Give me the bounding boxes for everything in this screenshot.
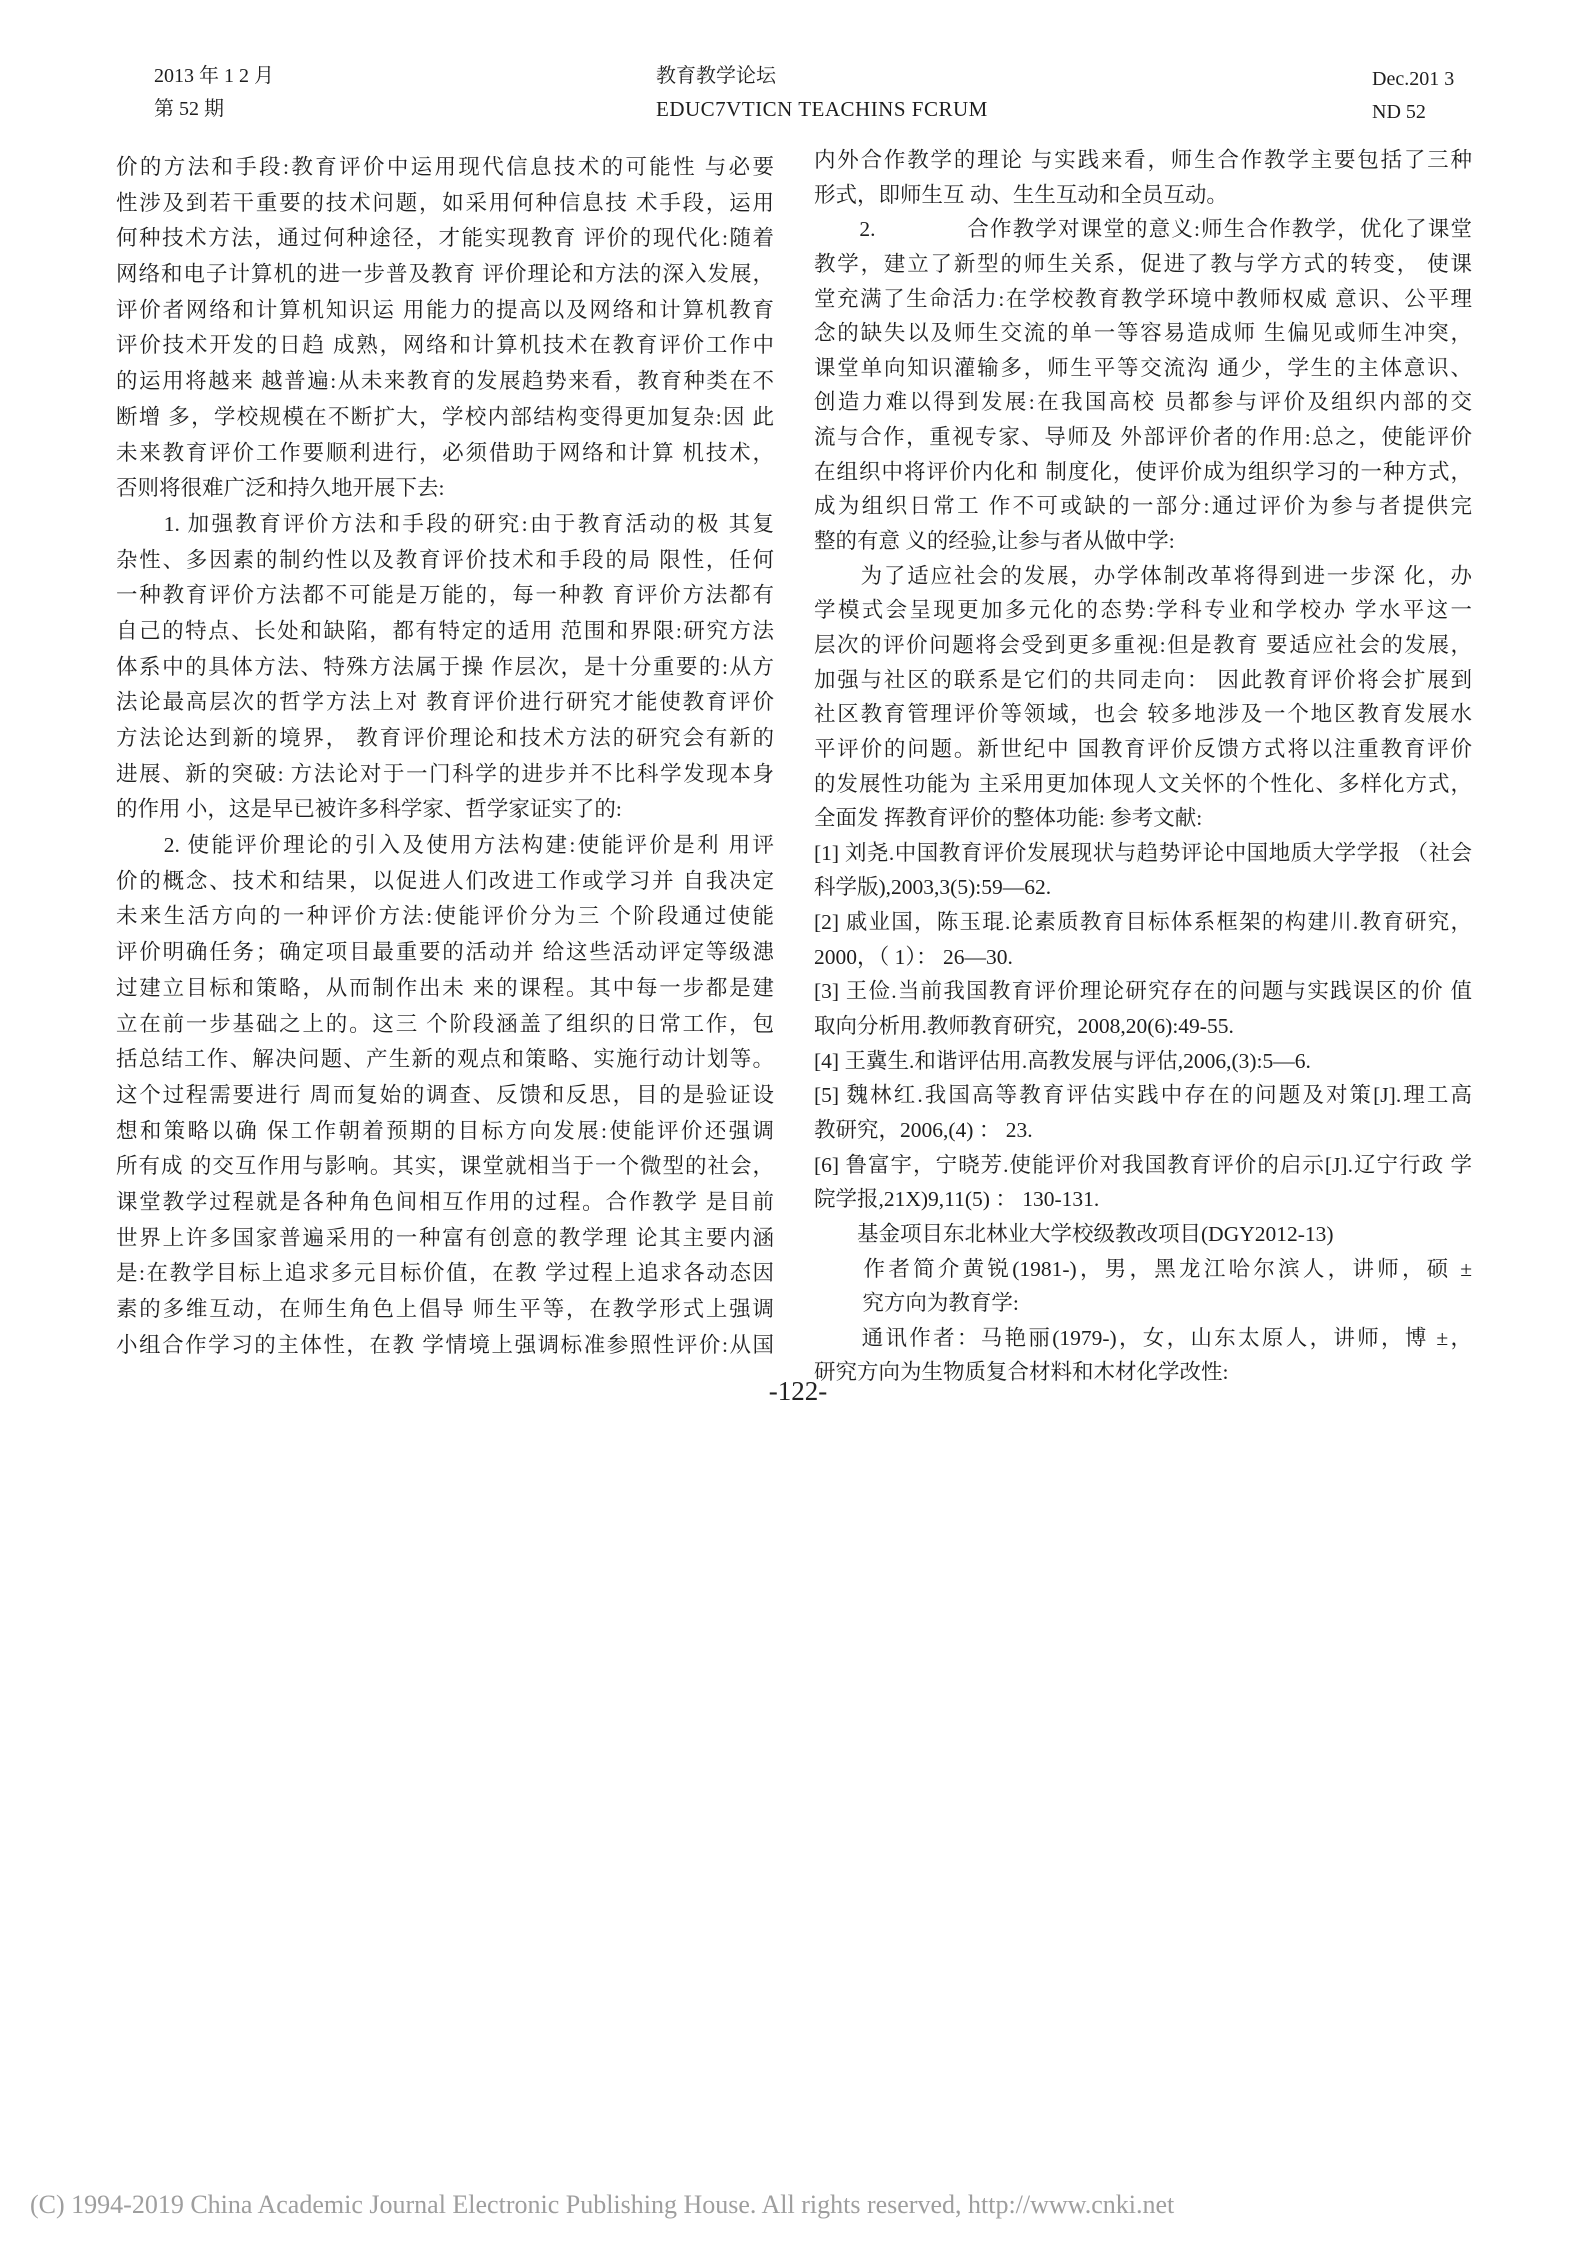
header-date-en: Dec.201 3 xyxy=(1372,63,1454,96)
text-line: 世界上许多国家普遍采用的一种富有创意的教学理 论其主要内涵 xyxy=(116,1221,774,1257)
text-line: 何种技术方法，通过何种途径，才能实现教育 评价的现代化:随着 xyxy=(116,221,774,257)
text-line: 价的方法和手段:教育评价中运用现代信息技术的可能性 与必要 xyxy=(116,150,774,186)
text-line: 院学报,21X)9,11(5) ： 130-131. xyxy=(814,1182,1472,1217)
journal-title-block: 教育教学论坛 EDUC7VTICN TEACHINS FCRUM xyxy=(656,60,988,126)
text-line: 性涉及到若干重要的技术问题，如采用何种信息技 术手段，运用 xyxy=(116,186,774,222)
text-line: 网络和电子计算机的进一步普及教育 评价理论和方法的深入发展， xyxy=(116,257,774,293)
text-line: 所有成 的交互作用与影响。其实，课堂就相当于一个微型的社会， xyxy=(116,1149,774,1185)
text-line: 2. 合作教学对课堂的意义:师生合作教学，优化了课堂 xyxy=(814,212,1472,247)
text-line: 的发展性功能为 主采用更加体现人文关怀的个性化、多样化方式， xyxy=(814,767,1472,802)
text-line: 括总结工作、解决问题、产生新的观点和策略、实施行动计划等。 xyxy=(116,1042,774,1078)
text-line: 流与合作，重视专家、导师及 外部评价者的作用:总之，使能评价 xyxy=(814,420,1472,455)
text-line: 价的概念、技术和结果，以促进人们改进工作或学习并 自我决定 xyxy=(116,864,774,900)
text-line: [5] 魏林红.我国高等教育评估实践中存在的问题及对策[J].理工高 xyxy=(814,1078,1472,1113)
text-line: 的运用将越来 越普遍:从未来教育的发展趋势来看，教育种类在不 xyxy=(116,364,774,400)
text-line: 1. 加强教育评价方法和手段的研究:由于教育活动的极 其复 xyxy=(116,507,774,543)
text-line: 2000，（ 1）： 26—30. xyxy=(814,940,1472,975)
header-issue-no-cn: 第 52 期 xyxy=(154,93,274,126)
text-line: 评价者网络和计算机知识运 用能力的提高以及网络和计算机教育 xyxy=(116,293,774,329)
text-line: 未来教育评价工作要顺利进行，必须借助于网络和计算 机技术， xyxy=(116,436,774,472)
text-line: 想和策略以确 保工作朝着预期的目标方向发展:使能评价还强调 xyxy=(116,1114,774,1150)
text-line: [4] 王冀生.和谐评估用.高教发展与评估,2006,(3):5—6. xyxy=(814,1044,1472,1079)
header-issue-info-cn: 2013 年 1 2 月 第 52 期 xyxy=(154,60,274,126)
right-text-column: 内外合作教学的理论 与实践来看，师生合作教学主要包括了三种形式，即师生互 动、生… xyxy=(814,143,1472,1390)
text-line: 堂充满了生命活力:在学校教育教学环境中教师权威 意识、公平理 xyxy=(814,282,1472,317)
text-line: 形式，即师生互 动、生生互动和全员互动。 xyxy=(814,178,1472,213)
journal-title-cn: 教育教学论坛 xyxy=(656,60,988,93)
text-line: 通讯作者：马艳丽(1979-)，女，山东太原人，讲师，博 ±， xyxy=(814,1321,1472,1356)
text-line: 作者简介黄锐(1981-)，男，黑龙江哈尔滨人，讲师，硕 ± xyxy=(814,1252,1472,1287)
text-line: 自己的特点、长处和缺陷，都有特定的适用 范围和界限:研究方法 xyxy=(116,614,774,650)
text-line: 杂性、多因素的制约性以及教育评价技术和手段的局 限性，任何 xyxy=(116,543,774,579)
text-line: 课堂教学过程就是各种角色间相互作用的过程。合作教学 是目前 xyxy=(116,1185,774,1221)
journal-title-en: EDUC7VTICN TEACHINS FCRUM xyxy=(656,93,988,126)
text-line: 方法论达到新的境界， 教育评价理论和技术方法的研究会有新的 xyxy=(116,721,774,757)
page-number: -122- xyxy=(733,1376,863,1407)
text-line: 的作用 小，这是早已被许多科学家、哲学家证实了的: xyxy=(116,792,774,828)
text-line: 课堂单向知识灌输多，师生平等交流沟 通少，学生的主体意识、 xyxy=(814,351,1472,386)
text-line: 念的缺失以及师生交流的单一等容易造成师 生偏见或师生冲突， xyxy=(814,316,1472,351)
text-line: 在组织中将评价内化和 制度化，使评价成为组织学习的一种方式， xyxy=(814,455,1472,490)
text-line: 一种教育评价方法都不可能是万能的，每一种教 育评价方法都有 xyxy=(116,578,774,614)
text-line: 社区教育管理评价等领域，也会 较多地涉及一个地区教育发展水 xyxy=(814,697,1472,732)
text-line: 全面发 挥教育评价的整体功能: 参考文献: xyxy=(814,801,1472,836)
text-line: 取向分析用.教师教育研究，2008,20(6):49-55. xyxy=(814,1009,1472,1044)
text-line: [2] 戚业国，陈玉琨.论素质教育目标体系框架的构建川.教育研究， xyxy=(814,905,1472,940)
text-line: 层次的评价问题将会受到更多重视:但是教育 要适应社会的发展， xyxy=(814,628,1472,663)
text-line: 进展、新的突破: 方法论对于一门科学的进步并不比科学发现本身 xyxy=(116,757,774,793)
text-line: [3] 王俭.当前我国教育评价理论研究存在的问题与实践误区的价 值 xyxy=(814,974,1472,1009)
journal-page-scan: 2013 年 1 2 月 第 52 期 教育教学论坛 EDUC7VTICN TE… xyxy=(0,0,1586,2245)
text-line: 否则将很难广泛和持久地开展下去: xyxy=(116,471,774,507)
text-line: 创造力难以得到发展:在我国高校 员都参与评价及组织内部的交 xyxy=(814,385,1472,420)
text-line: 立在前一步基础之上的。这三 个阶段涵盖了组织的日常工作，包 xyxy=(116,1007,774,1043)
text-line: 科学版),2003,3(5):59—62. xyxy=(814,870,1472,905)
text-line: 未来生活方向的一种评价方法:使能评价分为三 个阶段通过使能 xyxy=(116,899,774,935)
text-line: 体系中的具体方法、特殊方法属于操 作层次，是十分重要的:从方 xyxy=(116,650,774,686)
text-line: 教学，建立了新型的师生关系，促进了教与学方式的转变， 使课 xyxy=(814,247,1472,282)
header-date-cn: 2013 年 1 2 月 xyxy=(154,60,274,93)
left-text-column: 价的方法和手段:教育评价中运用现代信息技术的可能性 与必要性涉及到若干重要的技术… xyxy=(116,150,774,1363)
text-line: 教研究，2006,(4) ： 23. xyxy=(814,1113,1472,1148)
text-line: [6] 鲁富宇，宁晓芳.使能评价对我国教育评价的启示[J].辽宁行政 学 xyxy=(814,1148,1472,1183)
text-line: 这个过程需要进行 周而复始的调查、反馈和反思，目的是验证设 xyxy=(116,1078,774,1114)
header-issue-info-en: Dec.201 3 ND 52 xyxy=(1372,63,1454,129)
text-line: [1] 刘尧.中国教育评价发展现状与趋势评论中国地质大学学报 （社会 xyxy=(814,836,1472,871)
copyright-notice: (C) 1994-2019 China Academic Journal Ele… xyxy=(30,2190,1570,2220)
text-line: 素的多维互动，在师生角色上倡导 师生平等，在教学形式上强调 xyxy=(116,1292,774,1328)
text-line: 整的有意 义的经验,让参与者从做中学: xyxy=(814,524,1472,559)
text-line: 加强与社区的联系是它们的共同走向： 因此教育评价将会扩展到 xyxy=(814,663,1472,698)
text-line: 是:在教学目标上追求多元目标价值，在教 学过程上追求各动态因 xyxy=(116,1256,774,1292)
text-line: 小组合作学习的主体性，在教 学情境上强调标准参照性评价:从国 xyxy=(116,1328,774,1364)
text-line: 研究方向为生物质复合材料和木材化学改性: xyxy=(814,1355,1472,1390)
text-line: 为了适应社会的发展，办学体制改革将得到进一步深 化，办 xyxy=(814,559,1472,594)
text-line: 2. 使能评价理论的引入及使用方法构建:使能评价是利 用评 xyxy=(116,828,774,864)
text-line: 平评价的问题。新世纪中 国教育评价反馈方式将以注重教育评价 xyxy=(814,732,1472,767)
text-line: 过建立目标和策略，从而制作出未 来的课程。其中每一步都是建 xyxy=(116,971,774,1007)
text-line: 断增 多，学校规模在不断扩大，学校内部结构变得更加复杂:因 此 xyxy=(116,400,774,436)
text-line: 内外合作教学的理论 与实践来看，师生合作教学主要包括了三种 xyxy=(814,143,1472,178)
text-line: 学模式会呈现更加多元化的态势:学科专业和学校办 学水平这一 xyxy=(814,593,1472,628)
text-line: 评价明确任务；确定项目最重要的活动并 给这些活动评定等级漶 xyxy=(116,935,774,971)
text-line: 成为组织日常工 作不可或缺的一部分:通过评价为参与者提供完 xyxy=(814,489,1472,524)
header-issue-no-en: ND 52 xyxy=(1372,96,1454,129)
text-line: 究方向为教育学: xyxy=(814,1286,1472,1321)
text-line: 法论最高层次的哲学方法上对 教育评价进行研究才能使教育评价 xyxy=(116,685,774,721)
text-line: 评价技术开发的日趋 成熟，网络和计算机技术在教育评价工作中 xyxy=(116,328,774,364)
text-line: 基金项目东北林业大学校级教改项目(DGY2012-13) xyxy=(814,1217,1472,1252)
